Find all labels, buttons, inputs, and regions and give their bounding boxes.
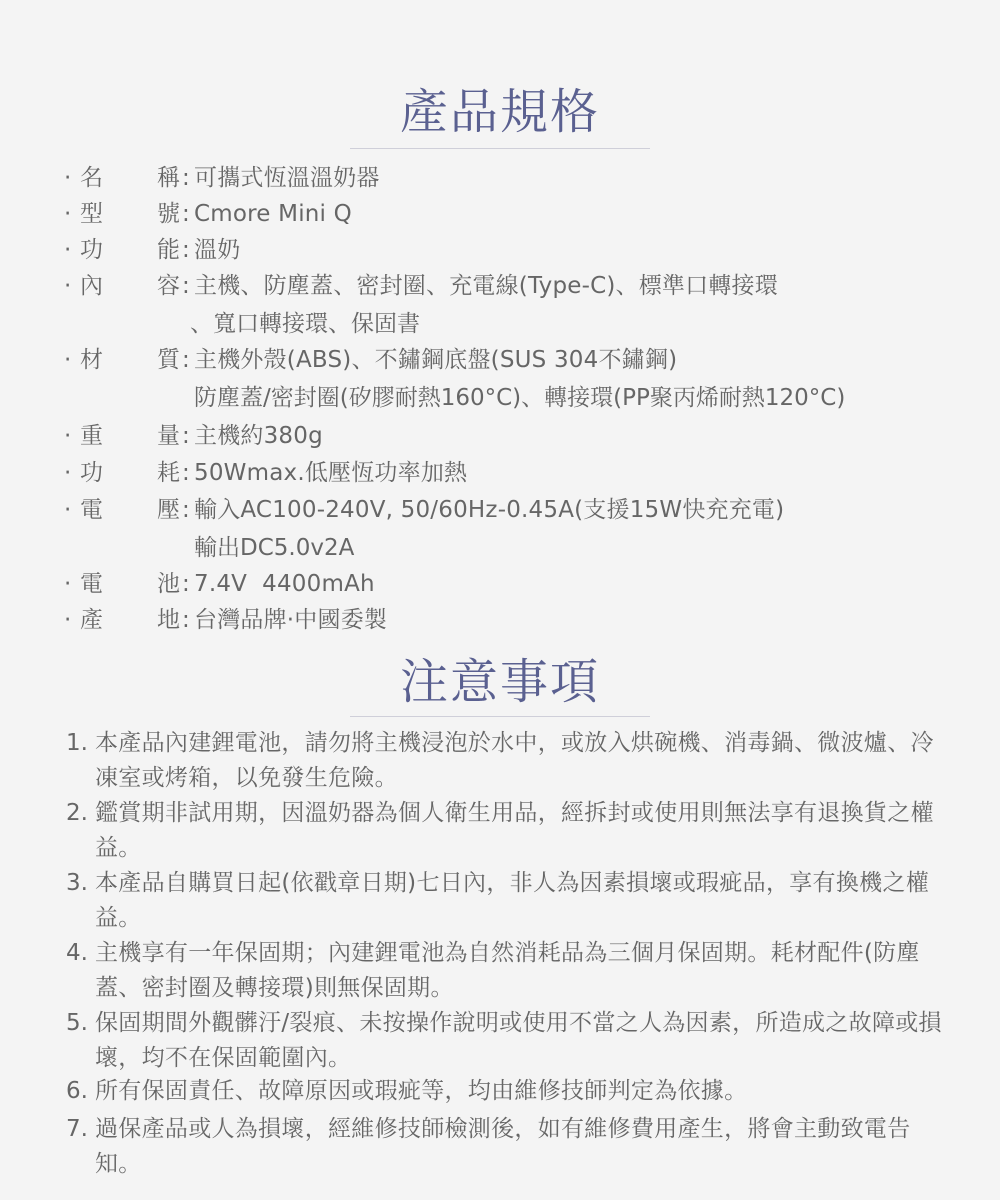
spec-value: 輸入AC100-240V, 50/60Hz-0.45A(支援15W快充充電) [194, 492, 784, 528]
note-number: 4. [66, 936, 88, 971]
spec-value-continued: 輸出DC5.0v2A [194, 530, 354, 566]
note-number: 2. [66, 796, 88, 831]
spec-value: 50Wmax.低壓恆功率加熱 [194, 455, 467, 491]
note-text: 鑑賞期非試用期，因溫奶器為個人衛生用品，經拆封或使用則無法享有退換貨之權益。 [95, 796, 946, 866]
specs-title-divider [350, 148, 650, 149]
spec-value: 主機約380g [194, 418, 323, 454]
note-text: 所有保固責任、故障原因或瑕疵等，均由維修技師判定為依據。 [95, 1074, 946, 1109]
note-text: 本產品內建鋰電池，請勿將主機浸泡於水中，或放入烘碗機、消毒鍋、微波爐、冷凍室或烤… [95, 726, 946, 796]
notes-title: 注意事項 [0, 652, 1000, 712]
note-number: 7. [66, 1112, 88, 1147]
note-number: 5. [66, 1006, 88, 1041]
spec-value-continued: 防塵蓋/密封圈(矽膠耐熱160°C)、轉接環(PP聚丙烯耐熱120°C) [194, 380, 845, 416]
spec-value: 主機、防塵蓋、密封圈、充電線(Type-C)、標準口轉接環 [194, 268, 778, 304]
note-item-1: 1. 本產品內建鋰電池，請勿將主機浸泡於水中，或放入烘碗機、消毒鍋、微波爐、冷凍… [66, 726, 946, 796]
spec-value: Cmore Mini Q [194, 196, 352, 232]
note-text: 過保產品或人為損壞，經維修技師檢測後，如有維修費用產生，將會主動致電告知。 [95, 1112, 946, 1182]
note-item-2: 2. 鑑賞期非試用期，因溫奶器為個人衛生用品，經拆封或使用則無法享有退換貨之權益… [66, 796, 946, 866]
note-text: 本產品自購買日起(依戳章日期)七日內，非人為因素損壞或瑕疵品，享有換機之權益。 [95, 866, 946, 936]
spec-value: 7.4V 4400mAh [194, 566, 375, 602]
note-number: 1. [66, 726, 88, 761]
note-text: 保固期間外觀髒汙/裂痕、未按操作說明或使用不當之人為因素，所造成之故障或損壞，均… [95, 1006, 946, 1076]
spec-value-continued: 、寬口轉接環、保固書 [190, 306, 420, 342]
specs-title: 產品規格 [0, 82, 1000, 142]
note-number: 6. [66, 1074, 88, 1109]
notes-title-divider [350, 716, 650, 717]
spec-value: 溫奶 [194, 232, 240, 268]
note-item-7: 7. 過保產品或人為損壞，經維修技師檢測後，如有維修費用產生，將會主動致電告知。 [66, 1112, 946, 1182]
spec-value: 主機外殼(ABS)、不鏽鋼底盤(SUS 304不鏽鋼) [194, 342, 677, 378]
note-item-5: 5. 保固期間外觀髒汙/裂痕、未按操作說明或使用不當之人為因素，所造成之故障或損… [66, 1006, 946, 1076]
note-text: 主機享有一年保固期；內建鋰電池為自然消耗品為三個月保固期。耗材配件(防塵蓋、密封… [95, 936, 946, 1006]
note-item-4: 4. 主機享有一年保固期；內建鋰電池為自然消耗品為三個月保固期。耗材配件(防塵蓋… [66, 936, 946, 1006]
spec-value: 可攜式恆溫溫奶器 [194, 160, 380, 196]
note-item-6: 6. 所有保固責任、故障原因或瑕疵等，均由維修技師判定為依據。 [66, 1074, 946, 1109]
note-number: 3. [66, 866, 88, 901]
note-item-3: 3. 本產品自購買日起(依戳章日期)七日內，非人為因素損壞或瑕疵品，享有換機之權… [66, 866, 946, 936]
spec-value: 台灣品牌·中國委製 [194, 602, 387, 638]
